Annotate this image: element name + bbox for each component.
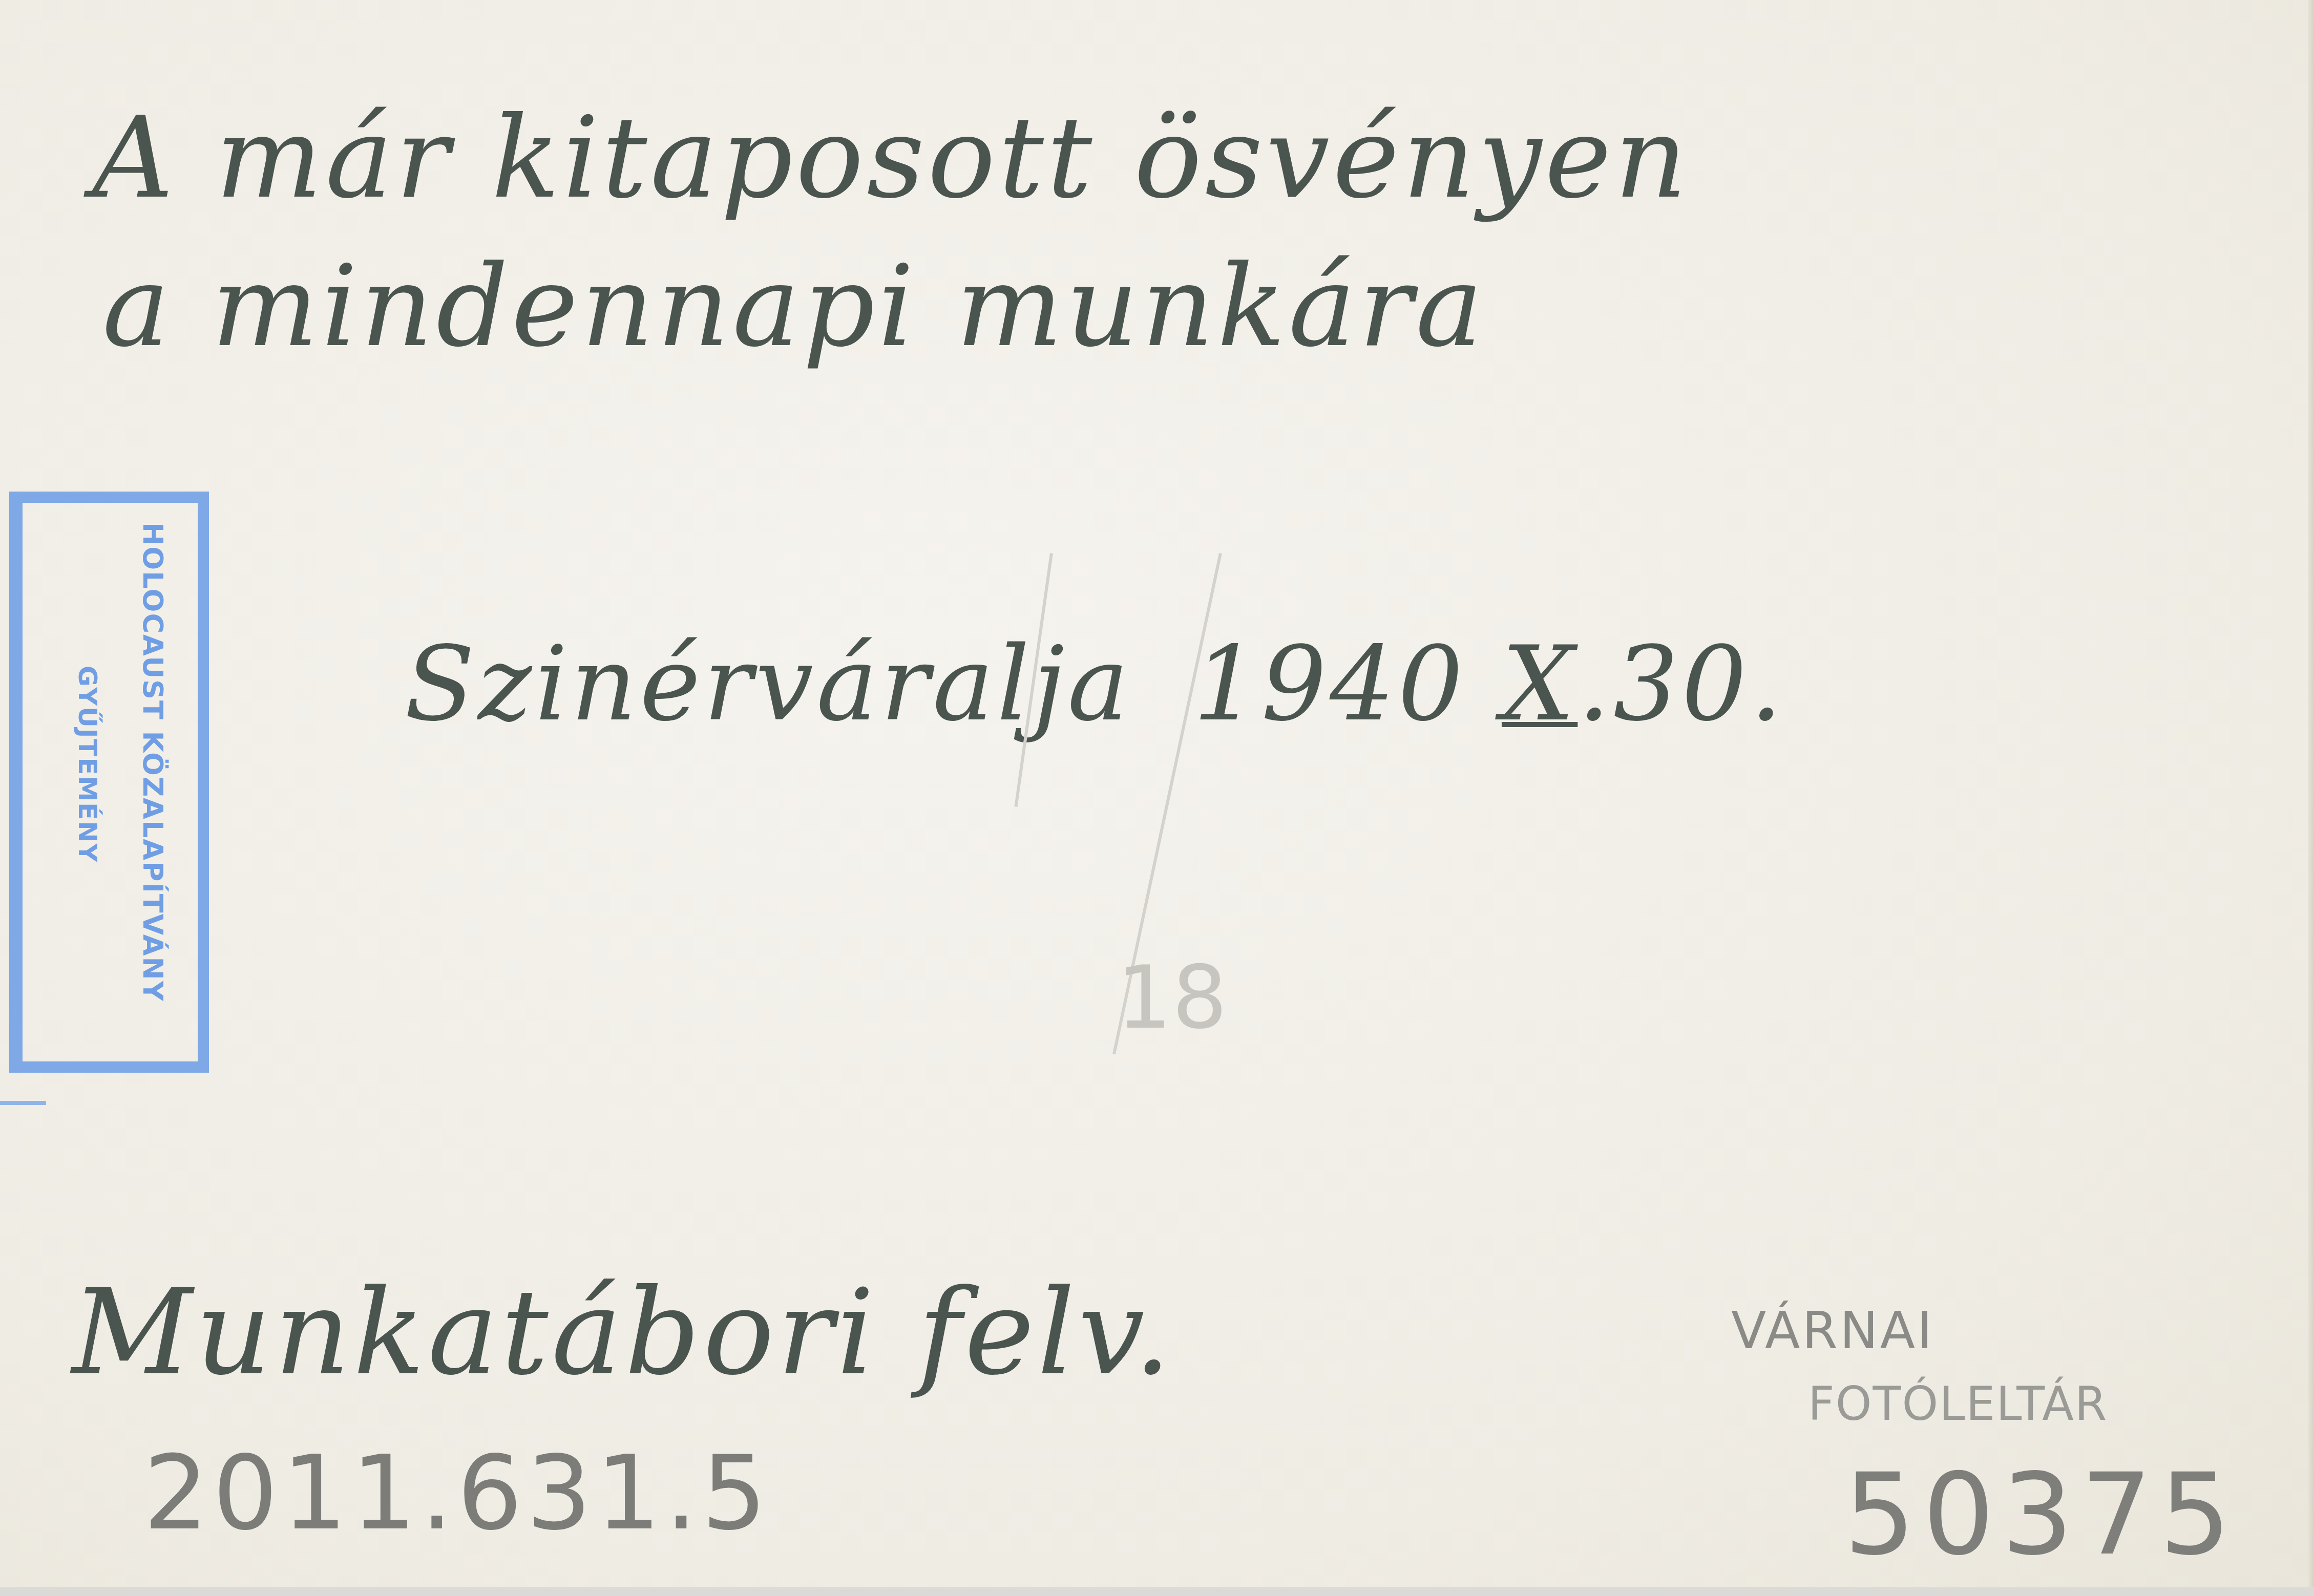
handwritten-line-1: A már kitaposott ösvényen	[92, 92, 1690, 223]
archive-stamp-border	[9, 492, 209, 1073]
date-month: X	[1502, 625, 1577, 744]
date-day: .30.	[1577, 625, 1785, 744]
paper-right-edge	[2308, 0, 2314, 1587]
scan-bottom-edge	[0, 1587, 2314, 1596]
caption-line: Munkatábori felv.	[72, 1265, 1174, 1401]
collection-name: VÁRNAI	[1731, 1301, 1934, 1360]
collection-number: 50375	[1844, 1449, 2238, 1580]
place-name: Szinérváralja	[405, 625, 1131, 744]
handwritten-line-2: a mindennapi munkára	[102, 241, 1486, 372]
inventory-number: 2011.631.5	[143, 1434, 771, 1553]
stamp-text-foundation: HOLOCAUST KÖZALAPÍTVÁNY	[137, 522, 169, 1002]
collection-type: FOTÓLELTÁR	[1808, 1377, 2108, 1431]
faint-pencil-number: 18	[1117, 947, 1227, 1049]
stamp-text-collection: GYŰJTEMÉNY	[73, 666, 102, 863]
place-date-line: Szinérváralja1940 X.30.	[405, 625, 1785, 744]
stamp-edge-mark	[0, 1101, 46, 1105]
date-year: 1940	[1193, 625, 1466, 744]
